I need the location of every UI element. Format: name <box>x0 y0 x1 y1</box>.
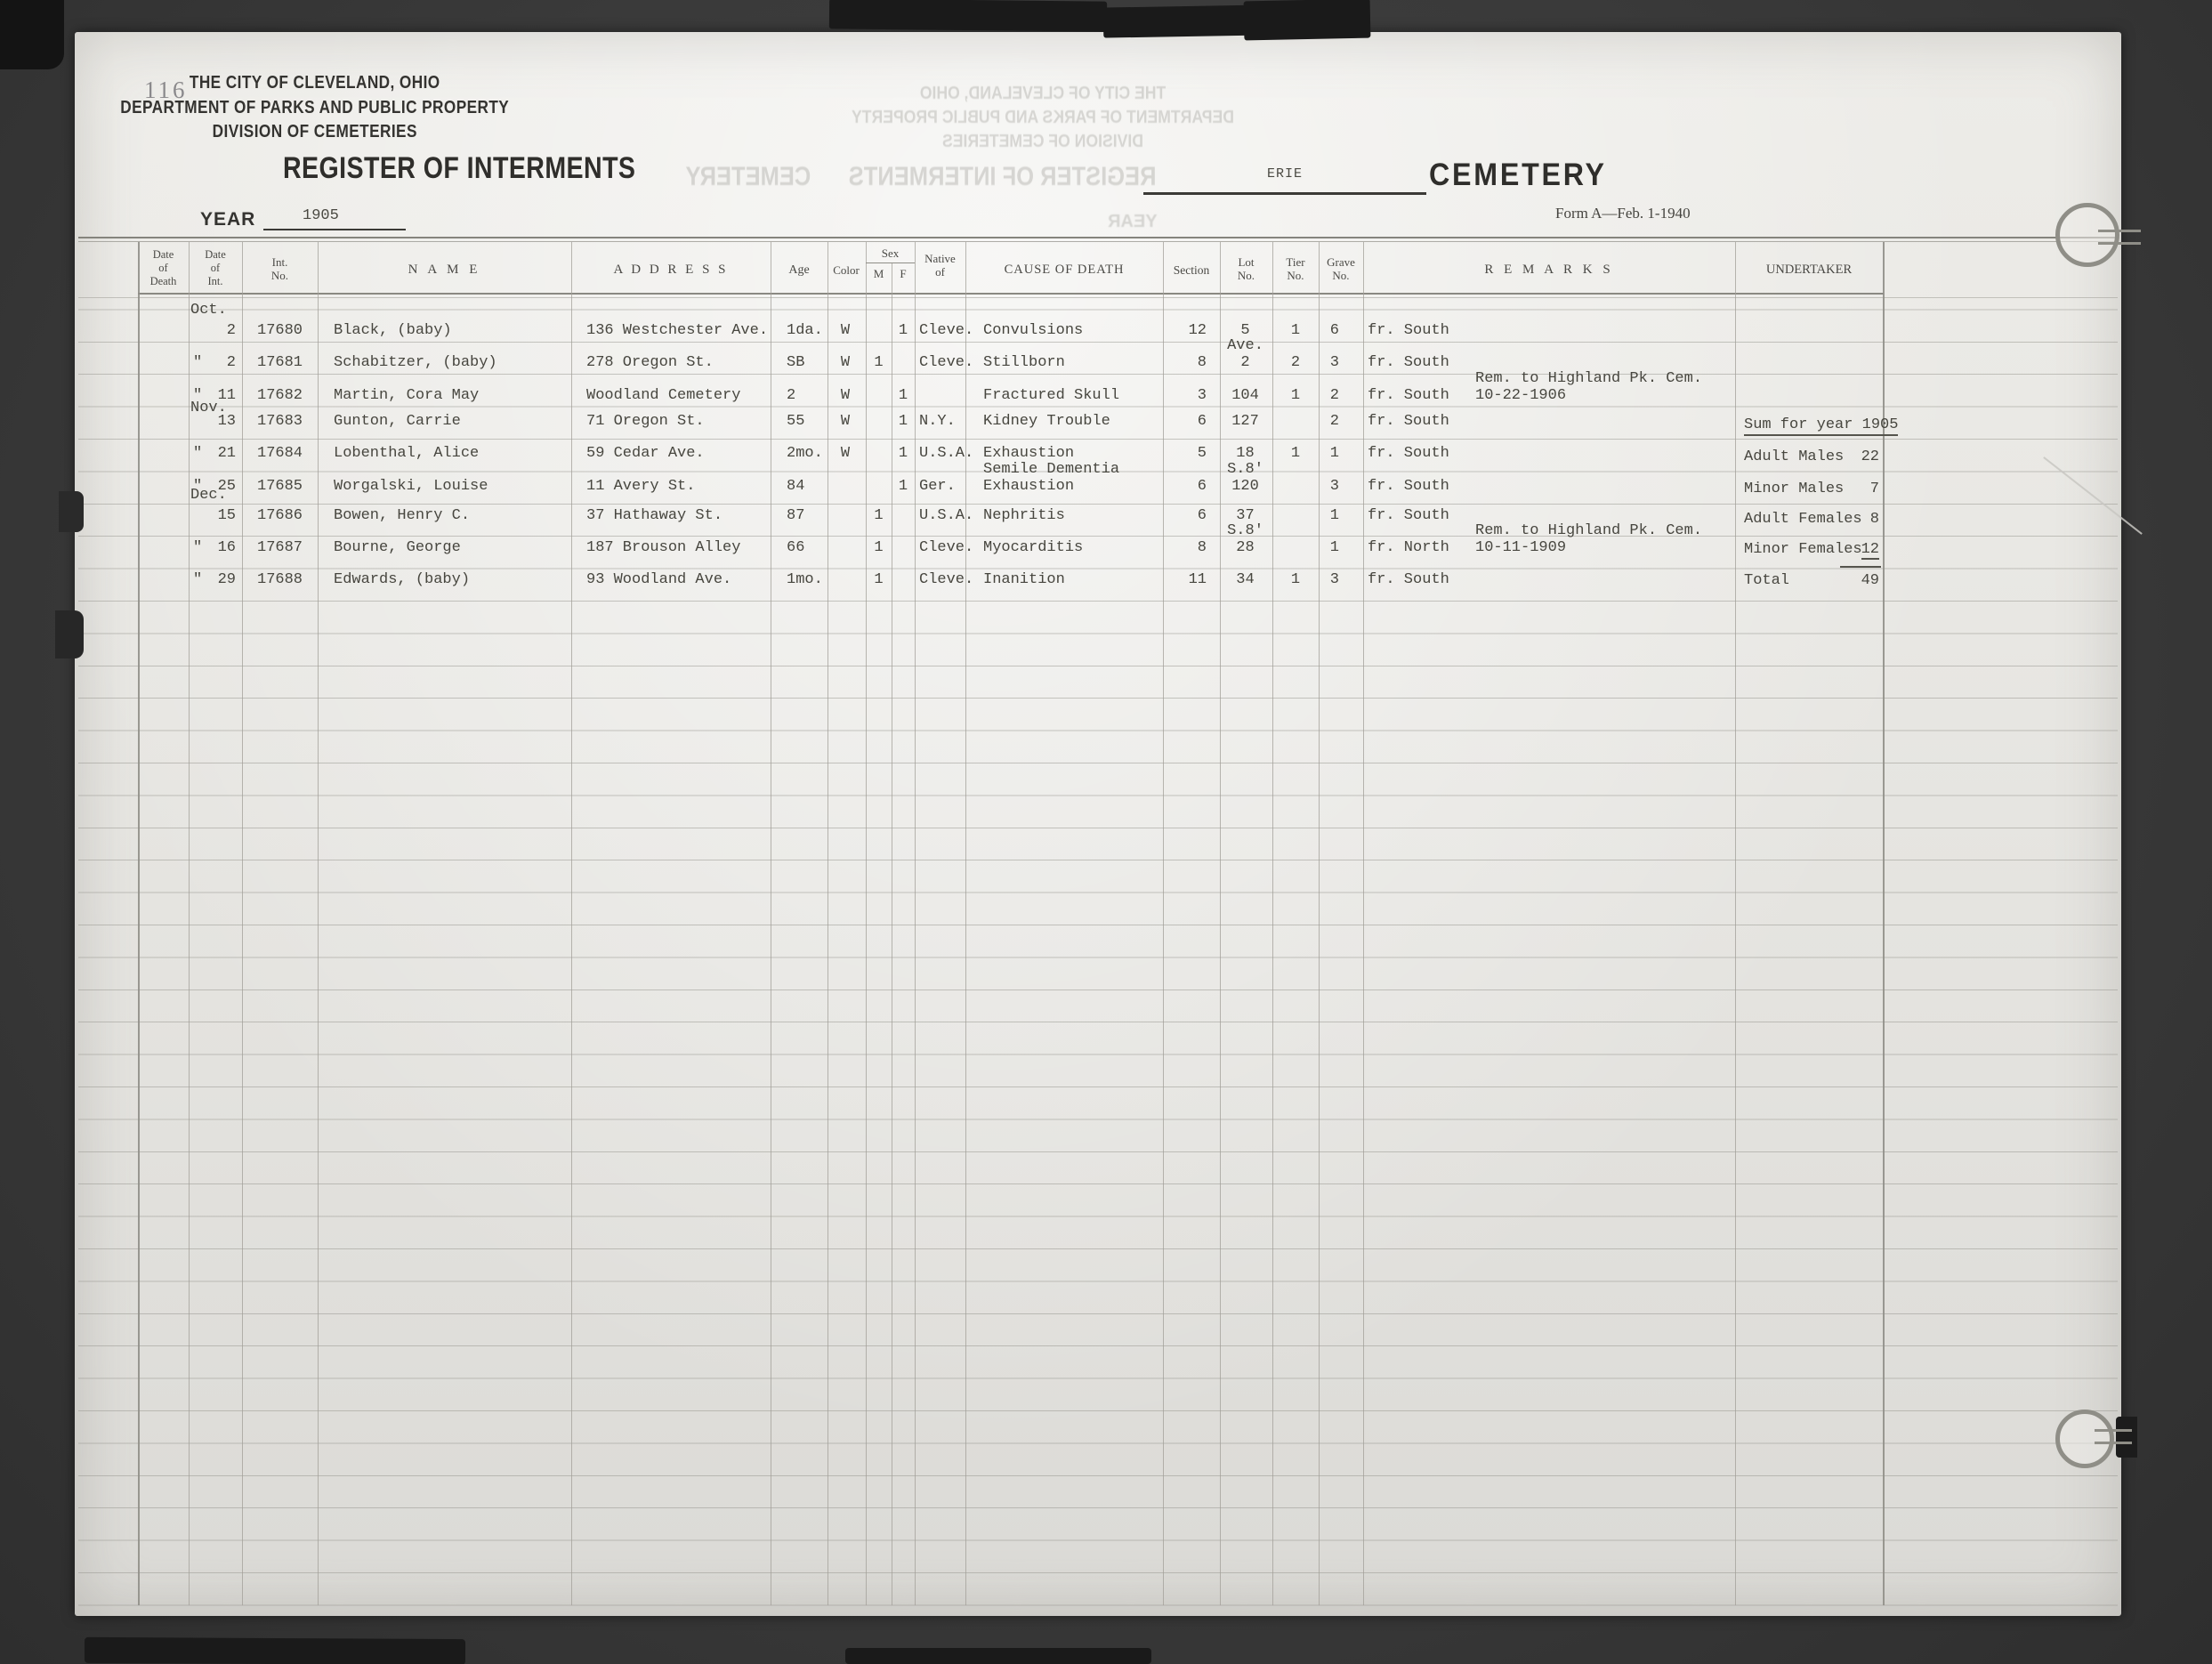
bottom-dark-mark <box>85 1637 465 1664</box>
summary-label: Adult Males <box>1744 448 1844 465</box>
year-summary-item: Total 49 <box>1744 572 1879 592</box>
year-summary-item: Adult Females 8 <box>1744 511 1879 530</box>
summary-label: Adult Females <box>1744 511 1862 528</box>
year-summary: Adult Males 22 Minor Males 7 Adult Femal… <box>0 0 2212 1664</box>
binding-tape-mark <box>829 0 1107 32</box>
summary-value: 22 <box>1861 448 1879 465</box>
summary-label: Minor Males <box>1744 481 1844 497</box>
year-summary-item: Minor Females 12 <box>1744 541 1879 561</box>
summary-value: 49 <box>1861 572 1879 589</box>
summary-value: 8 <box>1870 511 1879 528</box>
bottom-dark-mark <box>845 1648 1151 1664</box>
left-edge-notch <box>55 610 84 658</box>
summary-value: 12 <box>1861 541 1879 560</box>
summary-label: Total <box>1744 572 1789 589</box>
paper-clip-top <box>2047 194 2144 283</box>
year-summary-item: Adult Males 22 <box>1744 448 1879 468</box>
paper-clip-bottom <box>2048 1402 2137 1482</box>
left-edge-notch <box>59 491 84 532</box>
summary-value: 7 <box>1870 481 1879 497</box>
binding-tape-mark <box>1244 0 1371 40</box>
year-summary-item: Minor Males 7 <box>1744 481 1879 500</box>
summary-label: Minor Females <box>1744 541 1862 558</box>
scanned-document-background: THE CITY OF CLEVELAND, OHIO DEPARTMENT O… <box>0 0 2212 1664</box>
dark-corner-mark <box>0 0 64 69</box>
